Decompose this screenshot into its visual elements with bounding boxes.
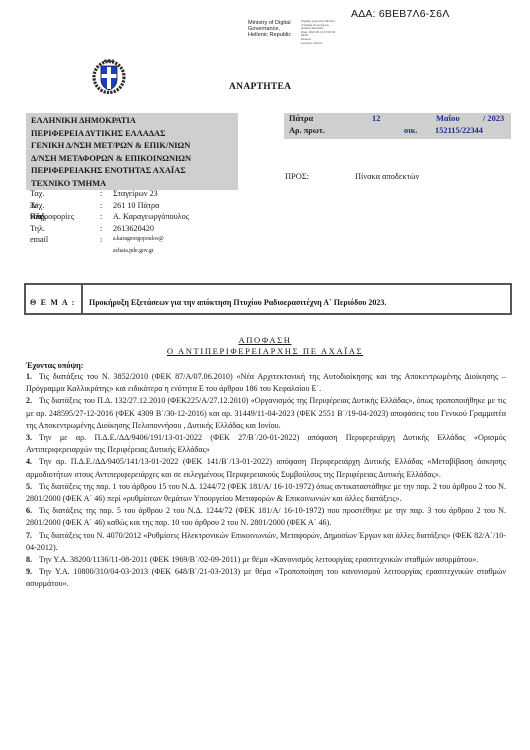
clause-number: 5. — [26, 481, 39, 493]
contact-separator: : — [100, 223, 102, 235]
clause-number: 8. — [26, 554, 39, 566]
clause-item: 1.Τις διατάξεις του Ν. 3852/2010 (ΦΕΚ 87… — [26, 371, 506, 395]
clause-number: 6. — [26, 505, 39, 517]
clause-text: Την με αρ. Π.Δ.Ε./ΔΔ/9406/191/13-01-2022… — [26, 433, 506, 454]
clause-item: 8.Την Υ.Α. 38200/1136/11-08-2011 (ΦΕΚ 19… — [26, 554, 506, 566]
date-year: / 2023 — [483, 113, 504, 125]
signature-organization: Ministry of Digital Governance, Hellenic… — [248, 20, 291, 39]
contact-key: Τηλ. — [30, 223, 45, 235]
clause-item: 7.Τις διατάξεις του Ν. 4070/2012 «Ρυθμίσ… — [26, 530, 506, 554]
email-link[interactable]: a.karageorgopoulos@ — [113, 234, 164, 246]
contact-value: 2613620420 — [113, 223, 154, 235]
clause-item: 3.Την με αρ. Π.Δ.Ε./ΔΔ/9406/191/13-01-20… — [26, 432, 506, 456]
contact-separator: : — [100, 188, 102, 200]
signature-details: Digitally signed by Ministry of Digital … — [301, 20, 361, 45]
clause-number: 2. — [26, 395, 39, 407]
protocol-prefix: οικ. — [404, 125, 418, 137]
clause-item: 2.Τις διατάξεις του Π.Δ. 132/27.12.2010 … — [26, 395, 506, 432]
subject-text: Προκήρυξη Εξετάσεων για την απόκτηση Πτυ… — [83, 285, 386, 313]
date-day: 12 — [372, 113, 380, 125]
contact-separator: : — [100, 211, 102, 223]
authority-line: ΠΕΡΙΦΕΡΕΙΑΚΗΣ ΕΝΟΤΗΤΑΣ ΑΧΑΪΑΣ — [31, 165, 238, 178]
contact-key: Πληροφορίες — [30, 211, 74, 223]
clause-item: 6.Τις διατάξεις της παρ. 5 του άρθρου 2 … — [26, 505, 506, 529]
clause-text: Τις διατάξεις του Ν. 3852/2010 (ΦΕΚ 87/Α… — [26, 372, 506, 393]
clause-text: Τις διατάξεις του Π.Δ. 132/27.12.2010 (Φ… — [26, 396, 506, 429]
contact-value: 261 10 Πάτρα — [113, 200, 159, 212]
clause-number: 1. — [26, 371, 39, 383]
recipient-value: Πίνακα αποδεκτών — [355, 172, 419, 181]
date-month: Μαΐου — [436, 113, 460, 125]
clause-number: 9. — [26, 566, 39, 578]
clause-text: Την Υ.Α. 10800/310/04-03-2013 (ΦΕΚ 648/Β… — [26, 567, 506, 588]
subject-label: Θ Ε Μ Α : — [26, 285, 83, 313]
signature-detail-line: Location: Athens — [301, 42, 361, 46]
greek-coat-of-arms-icon — [92, 58, 126, 94]
clause-item: 9.Την Υ.Α. 10800/310/04-03-2013 (ΦΕΚ 648… — [26, 566, 506, 590]
subject-box: Θ Ε Μ Α : Προκήρυξη Εξετάσεων για την απ… — [24, 283, 512, 315]
decision-subtitle: Ο ΑΝΤΙΠΕΡΙΦΕΡΕΙΑΡΧΗΣ ΠΕ ΑΧΑΪΑΣ — [0, 346, 530, 357]
clause-item: 4.Την αρ. Π.Δ.Ε./ΔΔ/9405/141/13-01-2022 … — [26, 456, 506, 480]
decision-title: ΑΠΟΦΑΣΗ — [0, 335, 530, 346]
clause-text: Την αρ. Π.Δ.Ε./ΔΔ/9405/141/13-01-2022 (Φ… — [26, 457, 506, 478]
contact-separator: : — [100, 234, 102, 246]
contact-value: Σταγείρων 23 — [113, 188, 158, 200]
clause-number: 3. — [26, 432, 39, 444]
email-link-continued[interactable]: achaia.pde.gov.gr — [113, 246, 154, 258]
authority-line: ΓΕΝΙΚΗ Δ/ΝΣΗ ΜΕΤ/ΡΩΝ & ΕΠΙΚ/ΝΙΩΝ — [31, 140, 238, 153]
authority-line: ΠΕΡΙΦΕΡΕΙΑ ΔΥΤΙΚΗΣ ΕΛΛΑΔΑΣ — [31, 128, 238, 141]
contact-separator: : — [100, 200, 102, 212]
protocol-number: 152115/22344 — [435, 125, 483, 137]
clauses-list: 1.Τις διατάξεις του Ν. 3852/2010 (ΦΕΚ 87… — [26, 371, 506, 591]
clause-text: Την Υ.Α. 38200/1136/11-08-2011 (ΦΕΚ 1969… — [39, 555, 478, 564]
document-status: ΑΝΑΡΤΗΤΕΑ — [229, 82, 291, 92]
considering-heading: Έχοντας υπόψη: — [26, 361, 84, 370]
clause-text: Τις διατάξεις του Ν. 4070/2012 «Ρυθμίσει… — [26, 531, 506, 552]
clause-number: 7. — [26, 530, 39, 542]
contact-value: Α. Καραγεωργόπουλος — [113, 211, 189, 223]
city: Πάτρα — [289, 113, 313, 125]
authority-line: Δ/ΝΣΗ ΜΕΤΑΦΟΡΩΝ & ΕΠΙΚΟΙΝΩΝΙΩΝ — [31, 153, 238, 166]
ada-code: ΑΔΑ: 6ΒΕΒ7Λ6-Σ6Λ — [351, 8, 449, 20]
clause-text: Τις διατάξεις της παρ. 5 του άρθρου 2 το… — [26, 506, 506, 527]
protocol-label: Αρ. πρωτ. — [289, 125, 325, 137]
clause-item: 5.Τις διατάξεις της παρ. 1 του άρθρου 15… — [26, 481, 506, 505]
decision-heading: ΑΠΟΦΑΣΗ Ο ΑΝΤΙΠΕΡΙΦΕΡΕΙΑΡΧΗΣ ΠΕ ΑΧΑΪΑΣ — [0, 335, 530, 357]
clause-text: Τις διατάξεις της παρ. 1 του άρθρου 15 τ… — [26, 482, 506, 503]
issuing-authority: ΕΛΛΗΝΙΚΗ ΔΗΜΟΚΡΑΤΙΑ ΠΕΡΙΦΕΡΕΙΑ ΔΥΤΙΚΗΣ Ε… — [26, 113, 238, 190]
clause-number: 4. — [26, 456, 39, 468]
contact-key: email — [30, 234, 48, 246]
date-row: Πάτρα 12 Μαΐου / 2023 — [284, 113, 511, 125]
recipient-label: ΠΡΟΣ: — [285, 172, 309, 181]
authority-line: ΕΛΛΗΝΙΚΗ ΔΗΜΟΚΡΑΤΙΑ — [31, 115, 238, 128]
protocol-row: Αρ. πρωτ. οικ. 152115/22344 — [284, 125, 511, 137]
date-protocol-box: Πάτρα 12 Μαΐου / 2023 Αρ. πρωτ. οικ. 152… — [284, 113, 511, 139]
signature-org-line: Hellenic Republic — [248, 32, 291, 38]
